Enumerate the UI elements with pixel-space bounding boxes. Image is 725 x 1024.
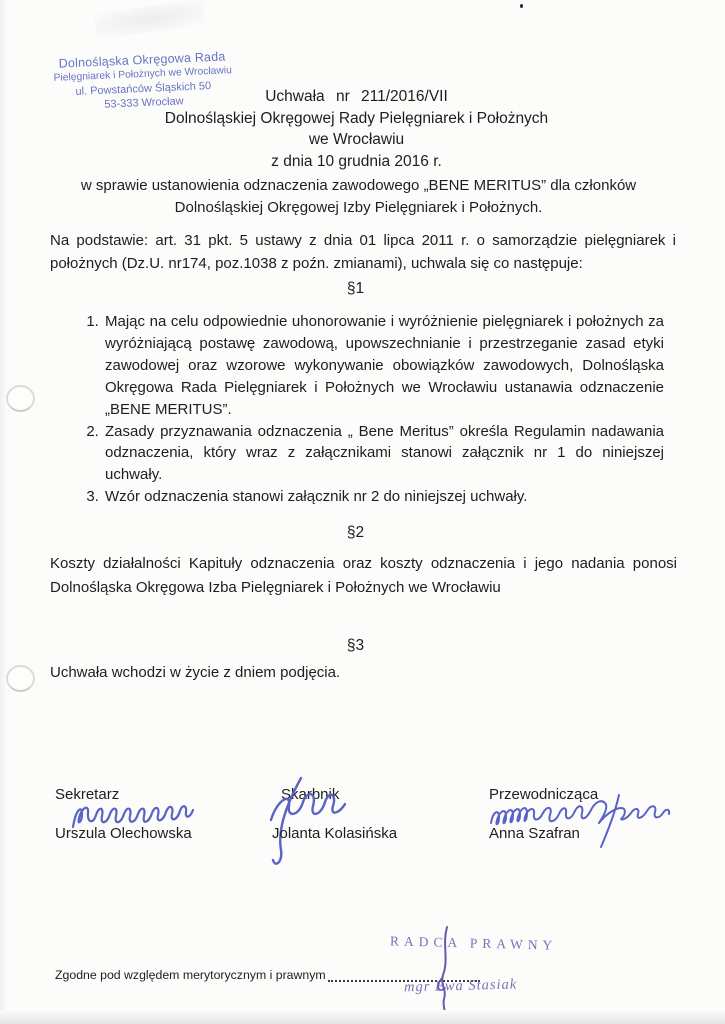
list-item: Mając na celu odpowiednie uhonorowanie i… <box>103 311 664 421</box>
section-2-symbol: §2 <box>0 524 711 542</box>
scan-smudge <box>94 0 207 40</box>
section-2-paragraph: Koszty działalności Kapituły odznaczenia… <box>50 552 677 599</box>
subject-line-1: w sprawie ustanowienia odznaczenia zawod… <box>40 175 677 197</box>
list-item: Zasady przyznawania odznaczenia „ Bene M… <box>103 421 664 487</box>
resolution-date: z dnia 10 grudnia 2016 r. <box>0 151 713 173</box>
signature-block-chairwoman: Przewodnicząca Anna Szafran <box>489 786 598 803</box>
legal-basis-paragraph: Na podstawie: art. 31 pkt. 5 ustawy z dn… <box>50 229 676 275</box>
scanned-resolution-page: Dolnośląska Okręgowa Rada Pielęgniarek i… <box>0 0 725 1024</box>
signatory-name: Jolanta Kolasińska <box>272 825 397 842</box>
counsel-title: RADCA PRAWNY <box>390 933 590 954</box>
signatory-name: Anna Szafran <box>489 825 580 842</box>
counsel-signature-ink <box>430 925 460 1020</box>
signature-block-secretary: Sekretarz Urszula Olechowska <box>55 786 119 803</box>
page-bottom-edge-shadow <box>0 1010 725 1024</box>
signatory-name: Urszula Olechowska <box>55 825 192 842</box>
document-heading: Uchwała nr 211/2016/VII Dolnośląskiej Ok… <box>0 86 713 172</box>
list-item: Wzór odznaczenia stanowi załącznik nr 2 … <box>103 486 664 508</box>
resolution-subject: w sprawie ustanowienia odznaczenia zawod… <box>40 175 677 219</box>
subject-line-2: Dolnośląskiej Okręgowej Izby Pielęgniare… <box>40 197 677 219</box>
resolution-number: Uchwała nr 211/2016/VII <box>0 86 713 108</box>
hole-punch-top <box>6 385 35 412</box>
signature-block-treasurer: Skarbnik Jolanta Kolasińska <box>281 786 339 803</box>
issuing-city: we Wrocławiu <box>0 129 713 151</box>
approval-text: Zgodne pod względem merytorycznym i praw… <box>55 968 326 982</box>
scan-dot-artifact <box>520 4 523 8</box>
section-3-symbol: §3 <box>0 637 711 655</box>
section-1-symbol: §1 <box>0 280 711 298</box>
issuing-body: Dolnośląskiej Okręgowej Rady Pielęgniare… <box>0 108 713 130</box>
legal-counsel-stamp: RADCA PRAWNY mgr Ewa Stasiak <box>390 936 590 994</box>
section-3-paragraph: Uchwała wchodzi w życie z dniem podjęcia… <box>50 664 340 681</box>
handwritten-signature-ink <box>259 772 369 872</box>
section-1-list: Mając na celu odpowiednie uhonorowanie i… <box>80 311 664 508</box>
hole-punch-bottom <box>6 665 35 692</box>
